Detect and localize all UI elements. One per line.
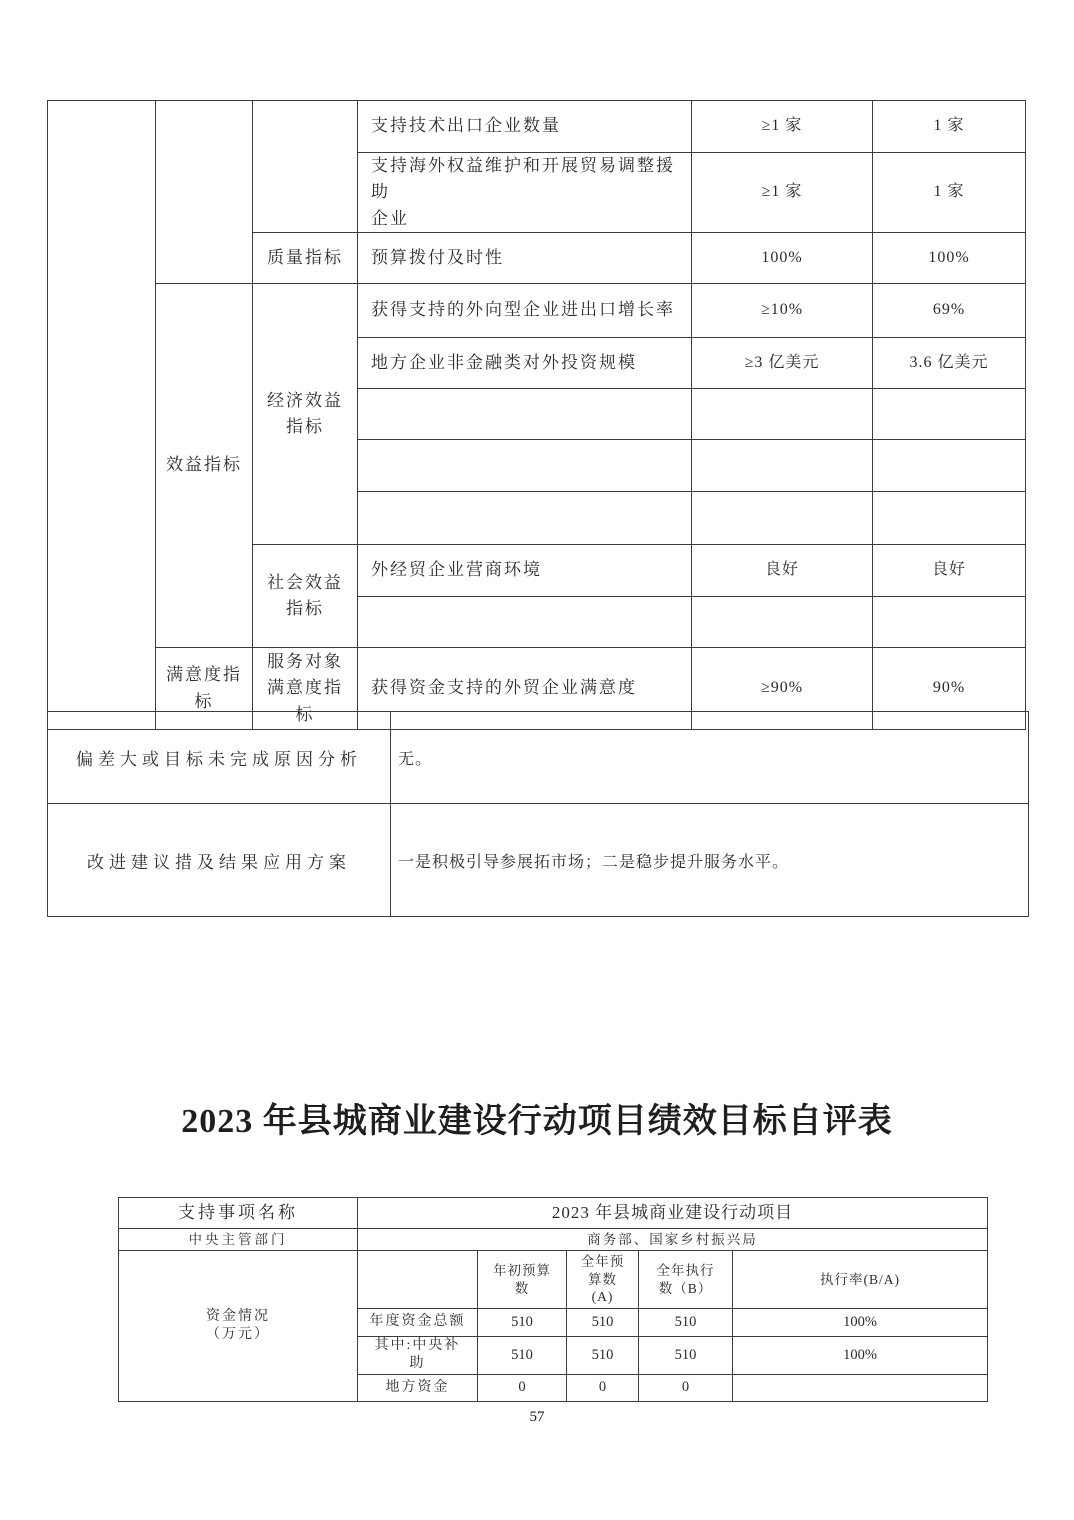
- target-value-cell: 100%: [692, 233, 873, 284]
- indicator-name-cell: 外经贸企业营商环境: [358, 545, 692, 597]
- central-subsidy-budget: 510: [567, 1337, 639, 1375]
- economic-benefit-label: 经济效益 指标: [253, 284, 358, 545]
- target-value-cell: 良好: [692, 545, 873, 597]
- target-value-cell: ≥10%: [692, 284, 873, 338]
- local-funds-execution: 0: [639, 1374, 733, 1401]
- target-value-cell: [692, 492, 873, 545]
- support-item-label: 支持事项名称: [119, 1198, 358, 1229]
- central-subsidy-label: 其中:中央补 助: [358, 1337, 478, 1375]
- deviation-analysis-label: 偏差大或目标未完成原因分析: [48, 712, 391, 804]
- central-subsidy-execution: 510: [639, 1337, 733, 1375]
- total-funds-label: 年度资金总额: [358, 1309, 478, 1337]
- funding-section-label: 资金情况 （万元）: [119, 1251, 358, 1402]
- central-dept-value: 商务部、国家乡村振兴局: [358, 1229, 988, 1251]
- table-row: 偏差大或目标未完成原因分析 无。: [48, 712, 1029, 804]
- actual-value-cell: [873, 389, 1026, 440]
- local-funds-budget: 0: [567, 1374, 639, 1401]
- actual-value-cell: [873, 597, 1026, 648]
- actual-value-cell: 3.6 亿美元: [873, 338, 1026, 389]
- total-funds-budget: 510: [567, 1309, 639, 1337]
- project-table: 支持事项名称 2023 年县城商业建设行动项目 中央主管部门 商务部、国家乡村振…: [118, 1197, 988, 1402]
- target-value-cell: [692, 440, 873, 492]
- indicator-name-cell: 预算拨付及时性: [358, 233, 692, 284]
- initial-budget-header: 年初预算 数: [478, 1251, 567, 1309]
- total-funds-execution: 510: [639, 1309, 733, 1337]
- section-title: 2023 年县城商业建设行动项目绩效目标自评表: [0, 1098, 1074, 1146]
- table-row: 效益指标 经济效益 指标 获得支持的外向型企业进出口增长率 ≥10% 69%: [48, 284, 1026, 338]
- level1-empty-cell: [48, 101, 156, 730]
- central-subsidy-rate: 100%: [733, 1337, 988, 1375]
- indicator-name-cell: [358, 440, 692, 492]
- target-value-cell: ≥1 家: [692, 153, 873, 233]
- indicator-name-cell: 支持技术出口企业数量: [358, 101, 692, 153]
- table-row: 改进建议措及结果应用方案 一是积极引导参展拓市场；二是稳步提升服务水平。: [48, 804, 1029, 917]
- total-funds-initial: 510: [478, 1309, 567, 1337]
- execution-rate-header: 执行率(B/A): [733, 1251, 988, 1309]
- indicator-name-cell: [358, 389, 692, 440]
- target-value-cell: ≥1 家: [692, 101, 873, 153]
- indicator-table: 支持技术出口企业数量 ≥1 家 1 家 支持海外权益维护和开展贸易调整援助 企业…: [47, 100, 1026, 730]
- benefit-indicator-label: 效益指标: [156, 284, 253, 648]
- table-row: 中央主管部门 商务部、国家乡村振兴局: [119, 1229, 988, 1251]
- indicator-name-cell: 获得支持的外向型企业进出口增长率: [358, 284, 692, 338]
- level2-empty-cell: [156, 101, 253, 284]
- local-funds-rate: [733, 1374, 988, 1401]
- target-value-cell: [692, 389, 873, 440]
- indicator-name-cell: [358, 492, 692, 545]
- total-funds-rate: 100%: [733, 1309, 988, 1337]
- actual-value-cell: 69%: [873, 284, 1026, 338]
- local-funds-label: 地方资金: [358, 1374, 478, 1401]
- target-value-cell: [692, 597, 873, 648]
- actual-value-cell: [873, 440, 1026, 492]
- table-row: 支持技术出口企业数量 ≥1 家 1 家: [48, 101, 1026, 153]
- quality-indicator-label: 质量指标: [253, 233, 358, 284]
- indicator-name-cell: [358, 597, 692, 648]
- annual-budget-header: 全年预 算数 (A): [567, 1251, 639, 1309]
- header-empty-cell: [358, 1251, 478, 1309]
- table-row: 资金情况 （万元） 年初预算 数 全年预 算数 (A) 全年执行 数（B） 执行…: [119, 1251, 988, 1309]
- local-funds-initial: 0: [478, 1374, 567, 1401]
- deviation-analysis-content: 无。: [391, 712, 1029, 804]
- table-row: 支持事项名称 2023 年县城商业建设行动项目: [119, 1198, 988, 1229]
- support-item-value: 2023 年县城商业建设行动项目: [358, 1198, 988, 1229]
- actual-value-cell: [873, 492, 1026, 545]
- improvement-plan-label: 改进建议措及结果应用方案: [48, 804, 391, 917]
- indicator-name-cell: 地方企业非金融类对外投资规模: [358, 338, 692, 389]
- target-value-cell: ≥3 亿美元: [692, 338, 873, 389]
- improvement-plan-content: 一是积极引导参展拓市场；二是稳步提升服务水平。: [391, 804, 1029, 917]
- actual-value-cell: 1 家: [873, 101, 1026, 153]
- central-subsidy-initial: 510: [478, 1337, 567, 1375]
- actual-value-cell: 良好: [873, 545, 1026, 597]
- document-page: 支持技术出口企业数量 ≥1 家 1 家 支持海外权益维护和开展贸易调整援助 企业…: [0, 0, 1074, 1520]
- annual-execution-header: 全年执行 数（B）: [639, 1251, 733, 1309]
- central-dept-label: 中央主管部门: [119, 1229, 358, 1251]
- page-number: 57: [0, 1409, 1074, 1426]
- level3-empty-cell: [253, 101, 358, 233]
- social-benefit-label: 社会效益 指标: [253, 545, 358, 648]
- actual-value-cell: 100%: [873, 233, 1026, 284]
- indicator-name-cell: 支持海外权益维护和开展贸易调整援助 企业: [358, 153, 692, 233]
- analysis-table: 偏差大或目标未完成原因分析 无。 改进建议措及结果应用方案 一是积极引导参展拓市…: [47, 711, 1029, 917]
- actual-value-cell: 1 家: [873, 153, 1026, 233]
